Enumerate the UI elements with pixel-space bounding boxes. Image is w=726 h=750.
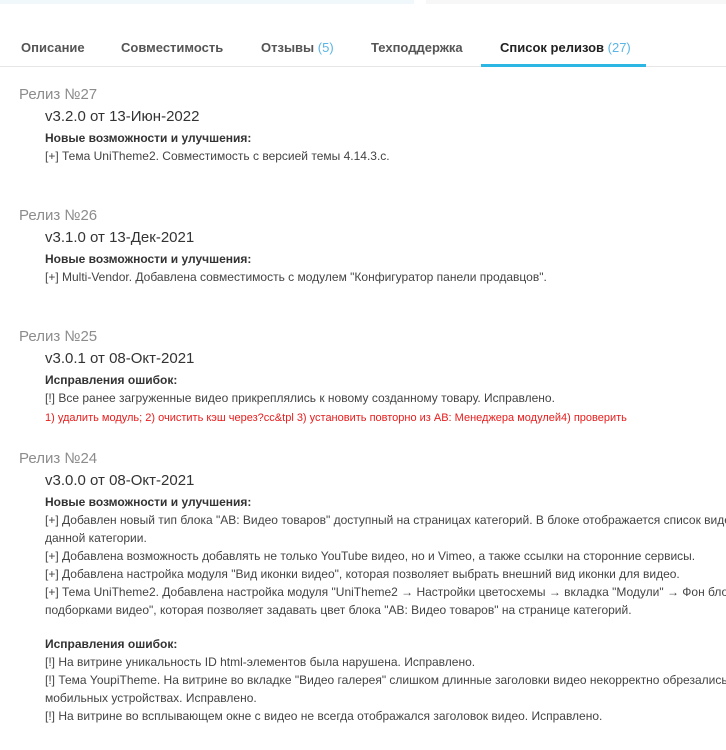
tab-count-badge: (27)	[608, 40, 631, 55]
tab-description[interactable]: Описание	[21, 30, 85, 66]
tab-label: Техподдержка	[371, 40, 463, 55]
top-panel-right	[426, 0, 726, 4]
release-title: Релиз №24	[19, 450, 97, 467]
tab-support[interactable]: Техподдержка	[371, 30, 463, 66]
release-entry: подборками видео", которая позволяет зад…	[45, 601, 726, 619]
tab-label: Совместимость	[121, 40, 223, 55]
release-section: Исправления ошибок: [!] На витрине уника…	[45, 635, 726, 725]
release-section: Новые возможности и улучшения: [+] Multi…	[45, 250, 726, 286]
release-entry: [!] На витрине во всплывающем окне с вид…	[45, 707, 726, 725]
release-title: Релиз №25	[19, 328, 97, 345]
release-entry: [+] Добавлена возможность добавлять не т…	[45, 547, 726, 565]
section-heading: Новые возможности и улучшения:	[45, 250, 726, 268]
release-title: Релиз №26	[19, 207, 97, 224]
section-heading: Новые возможности и улучшения:	[45, 493, 726, 511]
release-entry: мобильных устройствах. Исправлено.	[45, 689, 726, 707]
section-heading: Исправления ошибок:	[45, 371, 726, 389]
release-section: Новые возможности и улучшения: [+] Тема …	[45, 129, 726, 165]
release-version: v3.2.0 от 13-Июн-2022	[45, 108, 199, 125]
tab-label: Отзывы	[261, 40, 314, 55]
release-entry: данной категории.	[45, 529, 726, 547]
tab-label: Список релизов	[500, 40, 604, 55]
release-title: Релиз №27	[19, 86, 97, 103]
tab-compatibility[interactable]: Совместимость	[121, 30, 223, 66]
tab-count-badge: (5)	[318, 40, 334, 55]
tab-release-list[interactable]: Список релизов (27)	[500, 30, 631, 66]
tab-reviews[interactable]: Отзывы (5)	[261, 30, 334, 66]
section-heading: Новые возможности и улучшения:	[45, 129, 726, 147]
release-section: Новые возможности и улучшения: [+] Добав…	[45, 493, 726, 619]
release-entry: [+] Добавлена настройка модуля "Вид икон…	[45, 565, 726, 583]
release-note: 1) удалить модуль; 2) очистить кэш через…	[45, 407, 726, 429]
release-section: Исправления ошибок: [!] Все ранее загруж…	[45, 371, 726, 429]
section-heading: Исправления ошибок:	[45, 635, 726, 653]
release-entry: [+] Добавлен новый тип блока "АВ: Видео …	[45, 511, 726, 529]
top-panel-left	[0, 0, 414, 4]
release-entry: [!] Тема YoupiTheme. На витрине во вклад…	[45, 671, 726, 689]
tab-label: Описание	[21, 40, 85, 55]
release-version: v3.1.0 от 13-Дек-2021	[45, 229, 194, 246]
release-entry: [+] Тема UniTheme2. Добавлена настройка …	[45, 583, 726, 601]
release-entry: [+] Multi-Vendor. Добавлена совместимост…	[45, 268, 726, 286]
release-entry: [!] На витрине уникальность ID html-элем…	[45, 653, 726, 671]
tab-bar: Описание Совместимость Отзывы (5) Техпод…	[0, 30, 726, 67]
release-entry: [!] Все ранее загруженные видео прикрепл…	[45, 389, 726, 407]
release-version: v3.0.1 от 08-Окт-2021	[45, 350, 194, 367]
release-version: v3.0.0 от 08-Окт-2021	[45, 472, 194, 489]
release-entry: [+] Тема UniTheme2. Совместимость с верс…	[45, 147, 726, 165]
